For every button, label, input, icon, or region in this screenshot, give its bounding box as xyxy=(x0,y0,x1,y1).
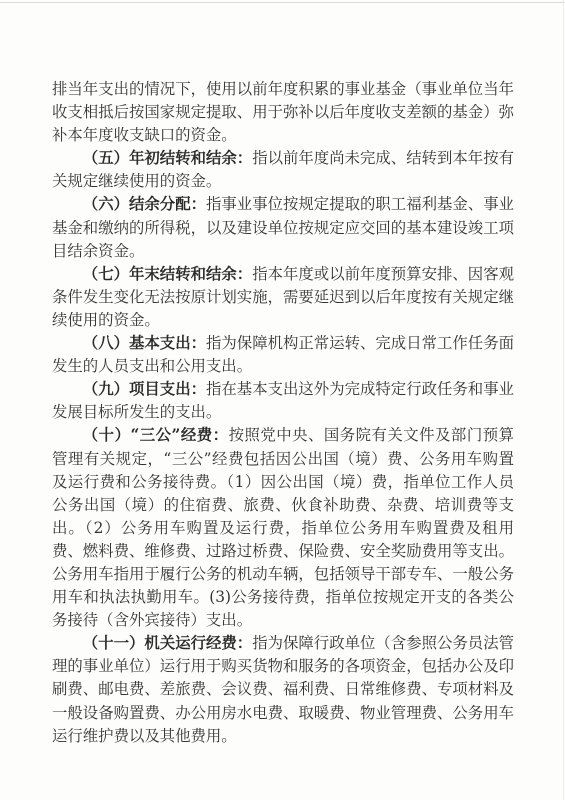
paragraph-item-8: （八）基本支出：指为保障机构正常运转、完成日常工作任务面发生的人员支出和公用支出… xyxy=(52,332,514,378)
paragraph-item-9: （九）项目支出：指在基本支出这外为完成特定行政任务和事业发展目标所发生的支出。 xyxy=(52,378,514,424)
term-heading-7: （七）年末结转和结余： xyxy=(83,265,252,283)
page-right-edge-line xyxy=(563,0,564,800)
paragraph-item-7: （七）年末结转和结余：指本年度或以前年度预算安排、因客观条件发生变化无法按原计划… xyxy=(52,263,514,332)
term-heading-5: （五）年初结转和结余： xyxy=(83,149,252,167)
term-heading-6: （六）结余分配： xyxy=(83,195,206,213)
document-text-block: 排当年支出的情况下，使用以前年度积累的事业基金（事业单位当年收支相抵后按国家规定… xyxy=(52,78,514,748)
page-top-edge-line xyxy=(0,2,565,3)
document-page: 排当年支出的情况下，使用以前年度积累的事业基金（事业单位当年收支相抵后按国家规定… xyxy=(0,0,565,800)
paragraph-item-5: （五）年初结转和结余：指以前年度尚未完成、结转到本年按有关规定继续使用的资金。 xyxy=(52,147,514,193)
term-heading-8: （八）基本支出： xyxy=(83,334,206,352)
term-heading-9: （九）项目支出： xyxy=(83,380,206,398)
paragraph-text: 按照党中央、国务院有关文件及部门预算管理有关规定，“三公”经费包括因公出国（境）… xyxy=(52,426,514,629)
paragraph-continuation: 排当年支出的情况下，使用以前年度积累的事业基金（事业单位当年收支相抵后按国家规定… xyxy=(52,78,514,147)
paragraph-text: 排当年支出的情况下，使用以前年度积累的事业基金（事业单位当年收支相抵后按国家规定… xyxy=(52,80,514,144)
paragraph-item-10: （十）“三公”经费：按照党中央、国务院有关文件及部门预算管理有关规定，“三公”经… xyxy=(52,424,514,632)
paragraph-item-6: （六）结余分配：指事业事位按规定提取的职工福利基金、事业基金和缴纳的所得税，以及… xyxy=(52,193,514,262)
term-heading-10: （十）“三公”经费： xyxy=(83,426,229,444)
term-heading-11: （十一）机关运行经费： xyxy=(83,634,252,652)
paragraph-item-11: （十一）机关运行经费：指为保障行政单位（含参照公务员法管理的事业单位）运行用于购… xyxy=(52,632,514,747)
